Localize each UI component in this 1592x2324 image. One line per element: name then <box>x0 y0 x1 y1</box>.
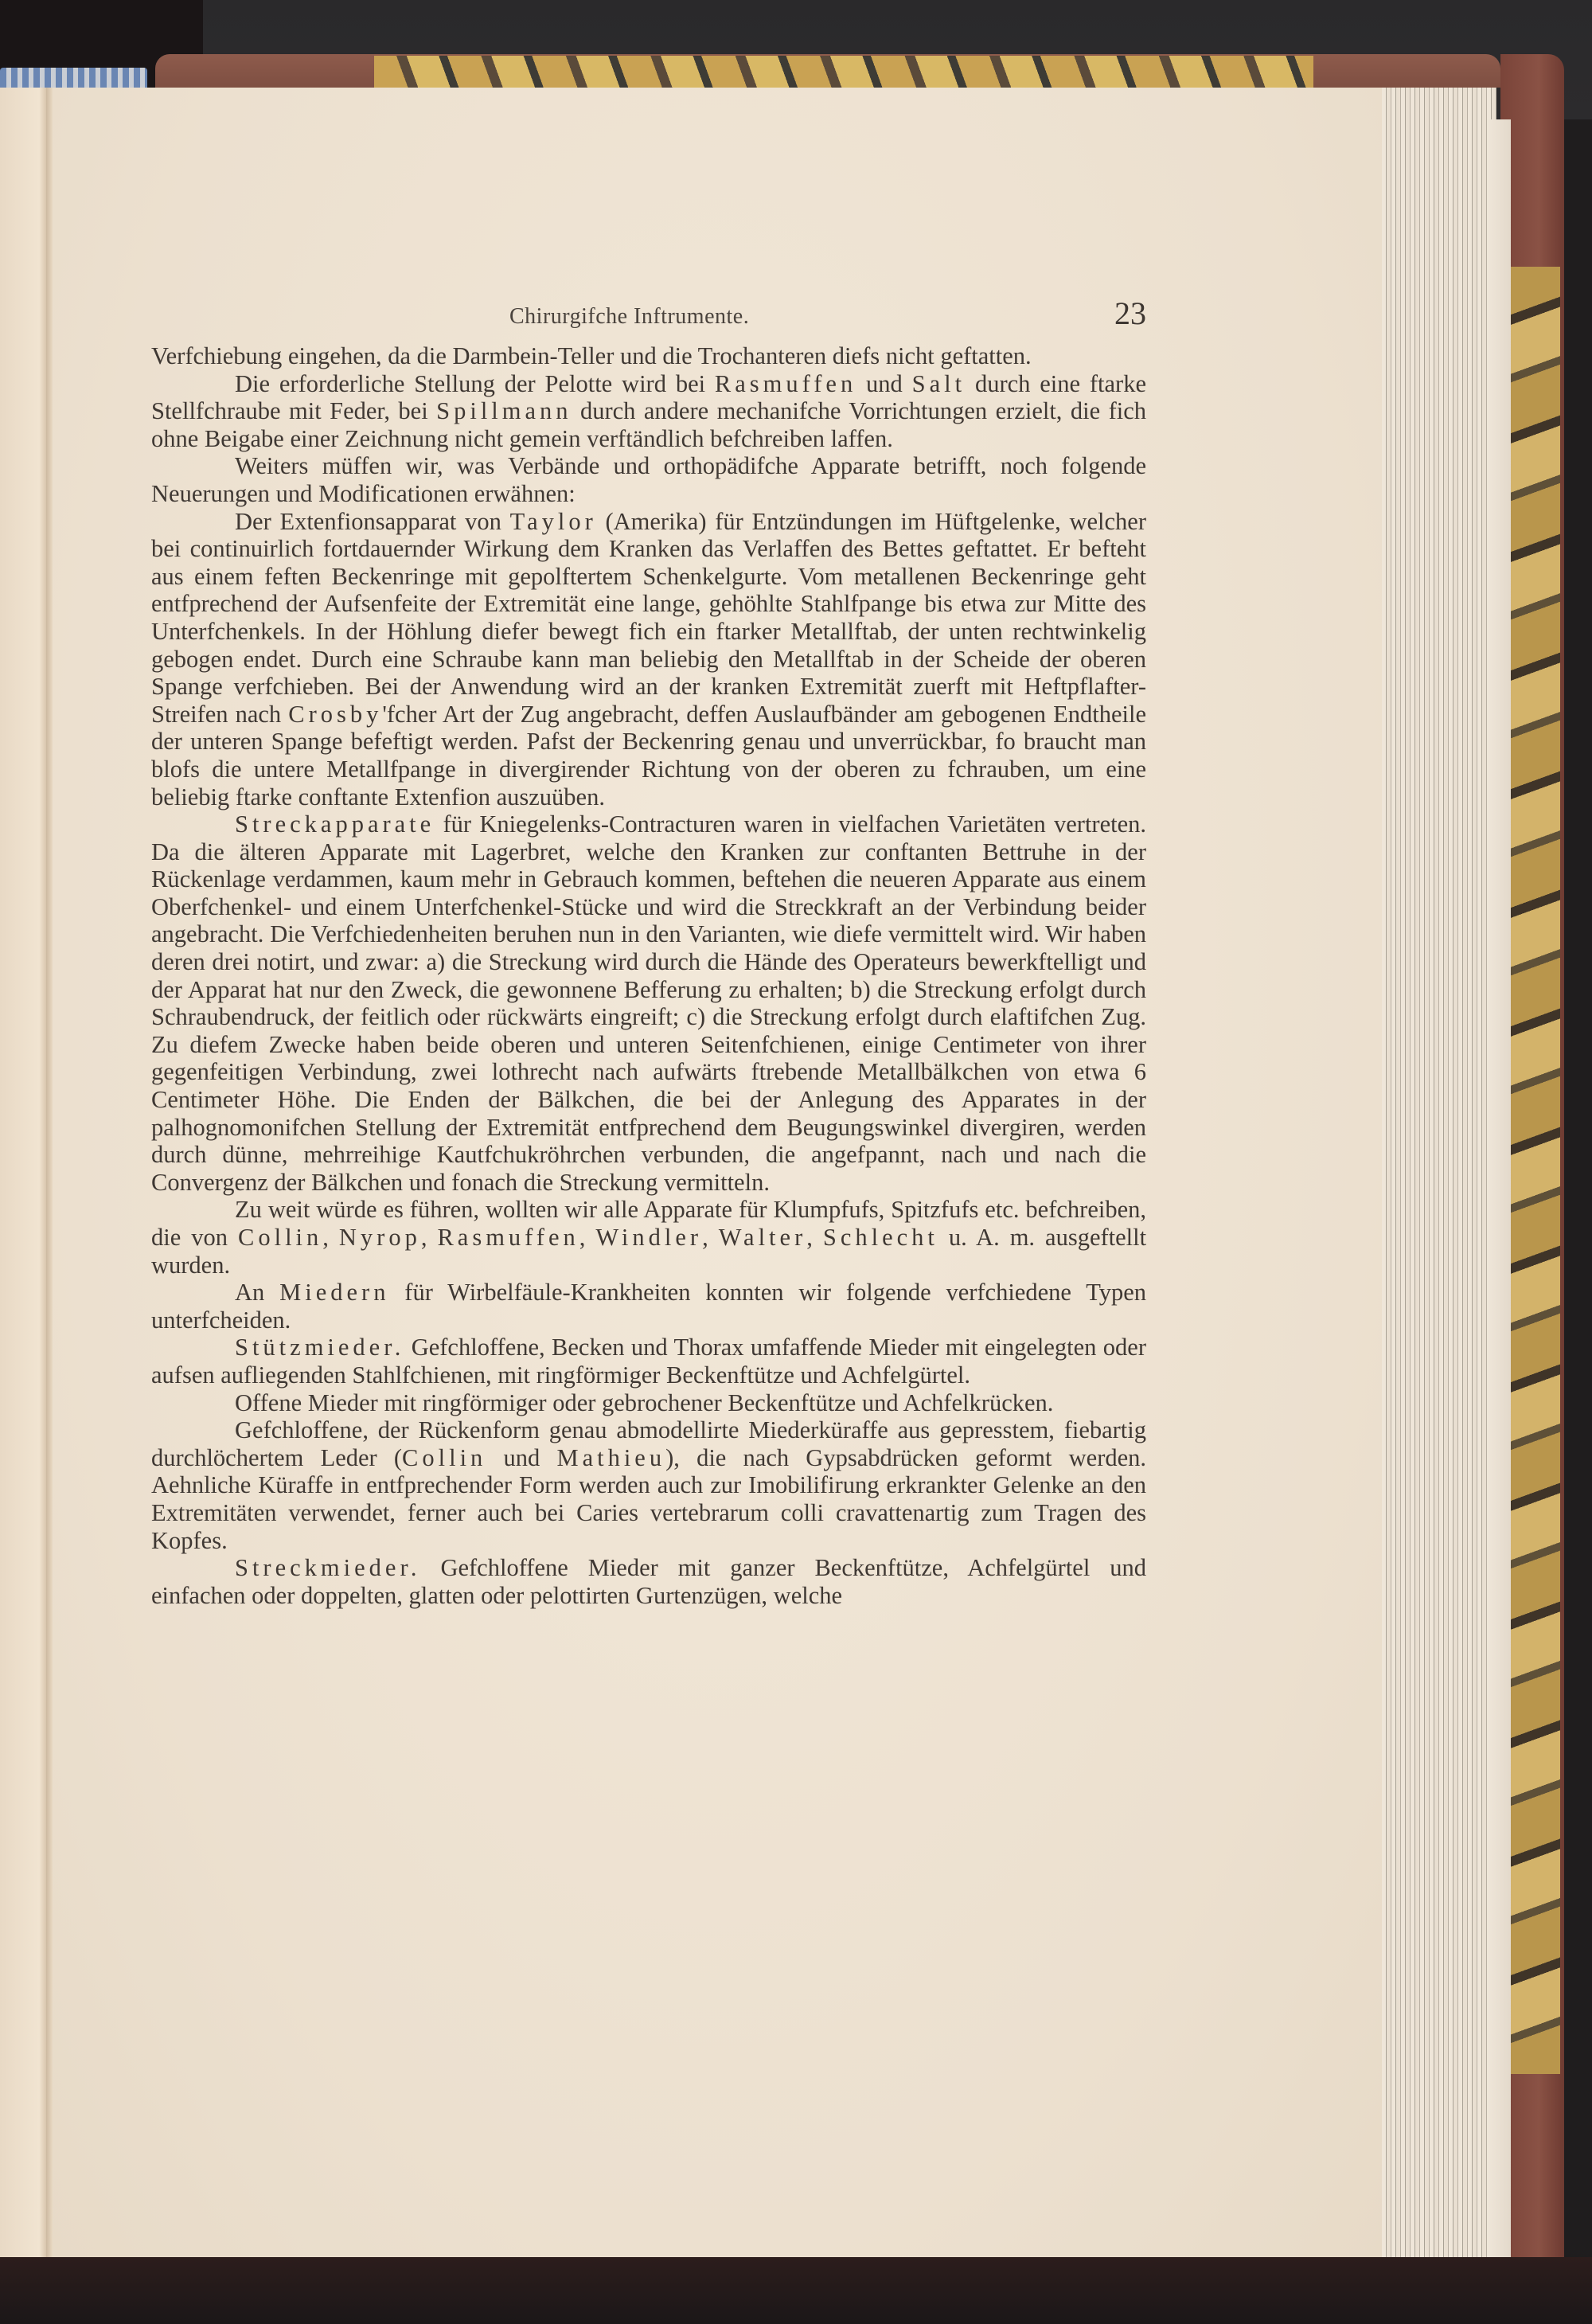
paragraph: Die erforderliche Stellung der Pelotte w… <box>151 370 1146 453</box>
spaced-name: Salt <box>912 370 966 397</box>
spaced-name: Spillmann <box>436 397 572 424</box>
spaced-name: Rasmuffen <box>715 370 856 397</box>
spaced-name: Collin <box>402 1444 486 1471</box>
running-title: Chirurgifche Inftrumente. <box>509 304 749 330</box>
text-run: , <box>806 1224 823 1251</box>
text-run: , <box>702 1224 719 1251</box>
paragraph: Offene Mieder mit ringförmiger oder gebr… <box>151 1389 1146 1417</box>
spaced-name: Taylor <box>510 508 597 535</box>
spaced-name: Mathieu <box>556 1444 665 1471</box>
paragraph: Der Extenfionsapparat von Taylor (Amerik… <box>151 508 1146 811</box>
text-run: , <box>579 1224 596 1251</box>
text-run: , <box>322 1224 339 1251</box>
paragraph: Stützmieder. Gefchloffene, Becken und Th… <box>151 1334 1146 1389</box>
spaced-name: Schlecht <box>823 1224 938 1251</box>
paragraph: Weiters müffen wir, was Verbände und ort… <box>151 452 1146 507</box>
paragraph: An Miedern für Wirbelfäule-Krankheiten k… <box>151 1279 1146 1334</box>
spaced-name: Streckmieder. <box>235 1554 421 1581</box>
text-run: (Amerika) für Entzündungen im Hüftgelenk… <box>151 508 1146 728</box>
spaced-name: Windler <box>595 1224 702 1251</box>
paragraph: Streckapparate für Kniegelenks-Contractu… <box>151 810 1146 1196</box>
spaced-name: Miedern <box>279 1279 389 1306</box>
spaced-name: Streckapparate <box>235 810 435 838</box>
paragraph: Zu weit würde es führen, wollten wir all… <box>151 1196 1146 1279</box>
page-edges-stack <box>1377 88 1496 2261</box>
text-run: Der Extenfionsapparat von <box>235 508 510 535</box>
page-edges-outer <box>1487 119 1511 2261</box>
spaced-name: Crosby <box>288 701 382 728</box>
text-run: für Kniegelenks-Contracturen waren in vi… <box>151 810 1146 1196</box>
backdrop-bottom <box>0 2257 1592 2324</box>
marbled-cover-top <box>374 56 1313 88</box>
text-run: An <box>235 1279 279 1306</box>
left-facing-page <box>0 88 46 2257</box>
body-text: Verfchiebung eingehen, da die Darmbein-T… <box>151 342 1146 1609</box>
spaced-name: Walter <box>719 1224 807 1251</box>
text-run: Die erforderliche Stellung der Pelotte w… <box>235 370 715 397</box>
text-run: und <box>856 370 911 397</box>
marbled-cover-right <box>1503 267 1560 2074</box>
page-number: 23 <box>1114 295 1146 332</box>
paragraph: Verfchiebung eingehen, da die Darmbein-T… <box>151 342 1146 370</box>
page-content: Chirurgifche Inftrumente. 23 Verfchiebun… <box>151 287 1146 1609</box>
text-run: , <box>421 1224 438 1251</box>
paragraph: Gefchloffene, der Rückenform genau abmod… <box>151 1416 1146 1554</box>
book-scan-scene: Chirurgifche Inftrumente. 23 Verfchiebun… <box>0 0 1592 2324</box>
spaced-name: Rasmuffen <box>437 1224 579 1251</box>
text-run: und <box>486 1444 556 1471</box>
spaced-name: Collin <box>238 1224 322 1251</box>
spaced-name: Stützmieder. <box>235 1334 404 1361</box>
text-run: Weiters müffen wir, was Verbände und ort… <box>151 452 1146 507</box>
spaced-name: Nyrop <box>339 1224 421 1251</box>
text-run: Offene Mieder mit ringförmiger oder gebr… <box>235 1389 1053 1416</box>
text-run: Verfchiebung eingehen, da die Darmbein-T… <box>151 342 1032 369</box>
running-head: Chirurgifche Inftrumente. 23 <box>151 287 1146 342</box>
paragraph: Streckmieder. Gefchloffene Mieder mit ga… <box>151 1554 1146 1609</box>
